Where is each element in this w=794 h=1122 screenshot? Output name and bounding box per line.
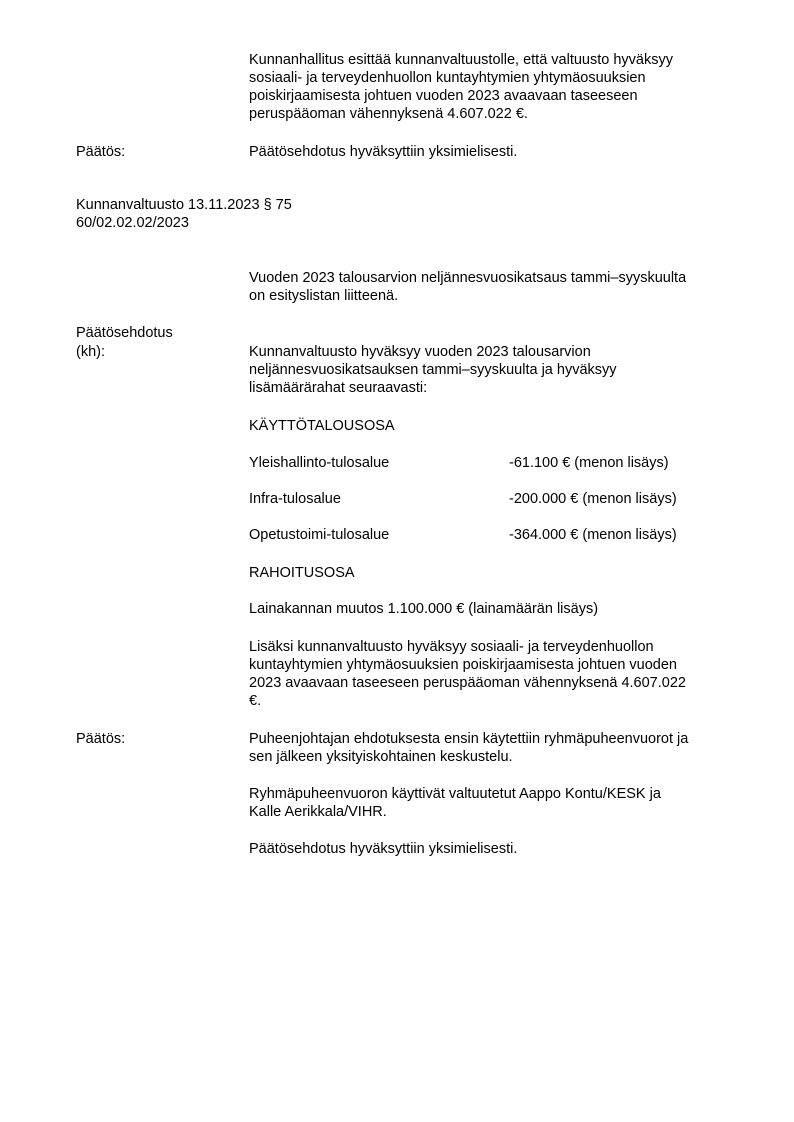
proposal-text: Kunnanvaltuusto hyväksyy vuoden 2023 tal… bbox=[249, 343, 739, 397]
proposal-label: Päätösehdotus bbox=[76, 324, 173, 342]
decision-label: Päätös: bbox=[76, 143, 125, 161]
section-reference: 60/02.02.02/2023 bbox=[76, 214, 189, 232]
operating-heading: KÄYTTÖTALOUSOSA bbox=[249, 417, 739, 435]
additional-paragraph: Lisäksi kunnanvaltuusto hyväksyy sosiaal… bbox=[249, 638, 739, 710]
operating-item-amount: -200.000 € (menon lisäys) bbox=[509, 490, 677, 508]
decision-result-text: Päätösehdotus hyväksyttiin yksimielisest… bbox=[249, 840, 739, 858]
decision-text: Päätösehdotus hyväksyttiin yksimielisest… bbox=[249, 143, 739, 161]
section-heading: Kunnanvaltuusto 13.11.2023 § 75 bbox=[76, 196, 292, 214]
financing-text: Lainakannan muutos 1.100.000 € (lainamää… bbox=[249, 600, 739, 618]
intro-paragraph: Kunnanhallitus esittää kunnanvaltuustoll… bbox=[249, 51, 739, 123]
group-speeches-text: Ryhmäpuheenvuoron käyttivät valtuutetut … bbox=[249, 785, 739, 821]
proposal-label-kh: (kh): bbox=[76, 343, 105, 361]
operating-item-amount: -364.000 € (menon lisäys) bbox=[509, 526, 677, 544]
financing-heading: RAHOITUSOSA bbox=[249, 564, 739, 582]
description-paragraph: Vuoden 2023 talousarvion neljännesvuosik… bbox=[249, 269, 739, 305]
decision-text: Puheenjohtajan ehdotuksesta ensin käytet… bbox=[249, 730, 739, 766]
decision-label: Päätös: bbox=[76, 730, 125, 748]
operating-item-amount: -61.100 € (menon lisäys) bbox=[509, 454, 669, 472]
